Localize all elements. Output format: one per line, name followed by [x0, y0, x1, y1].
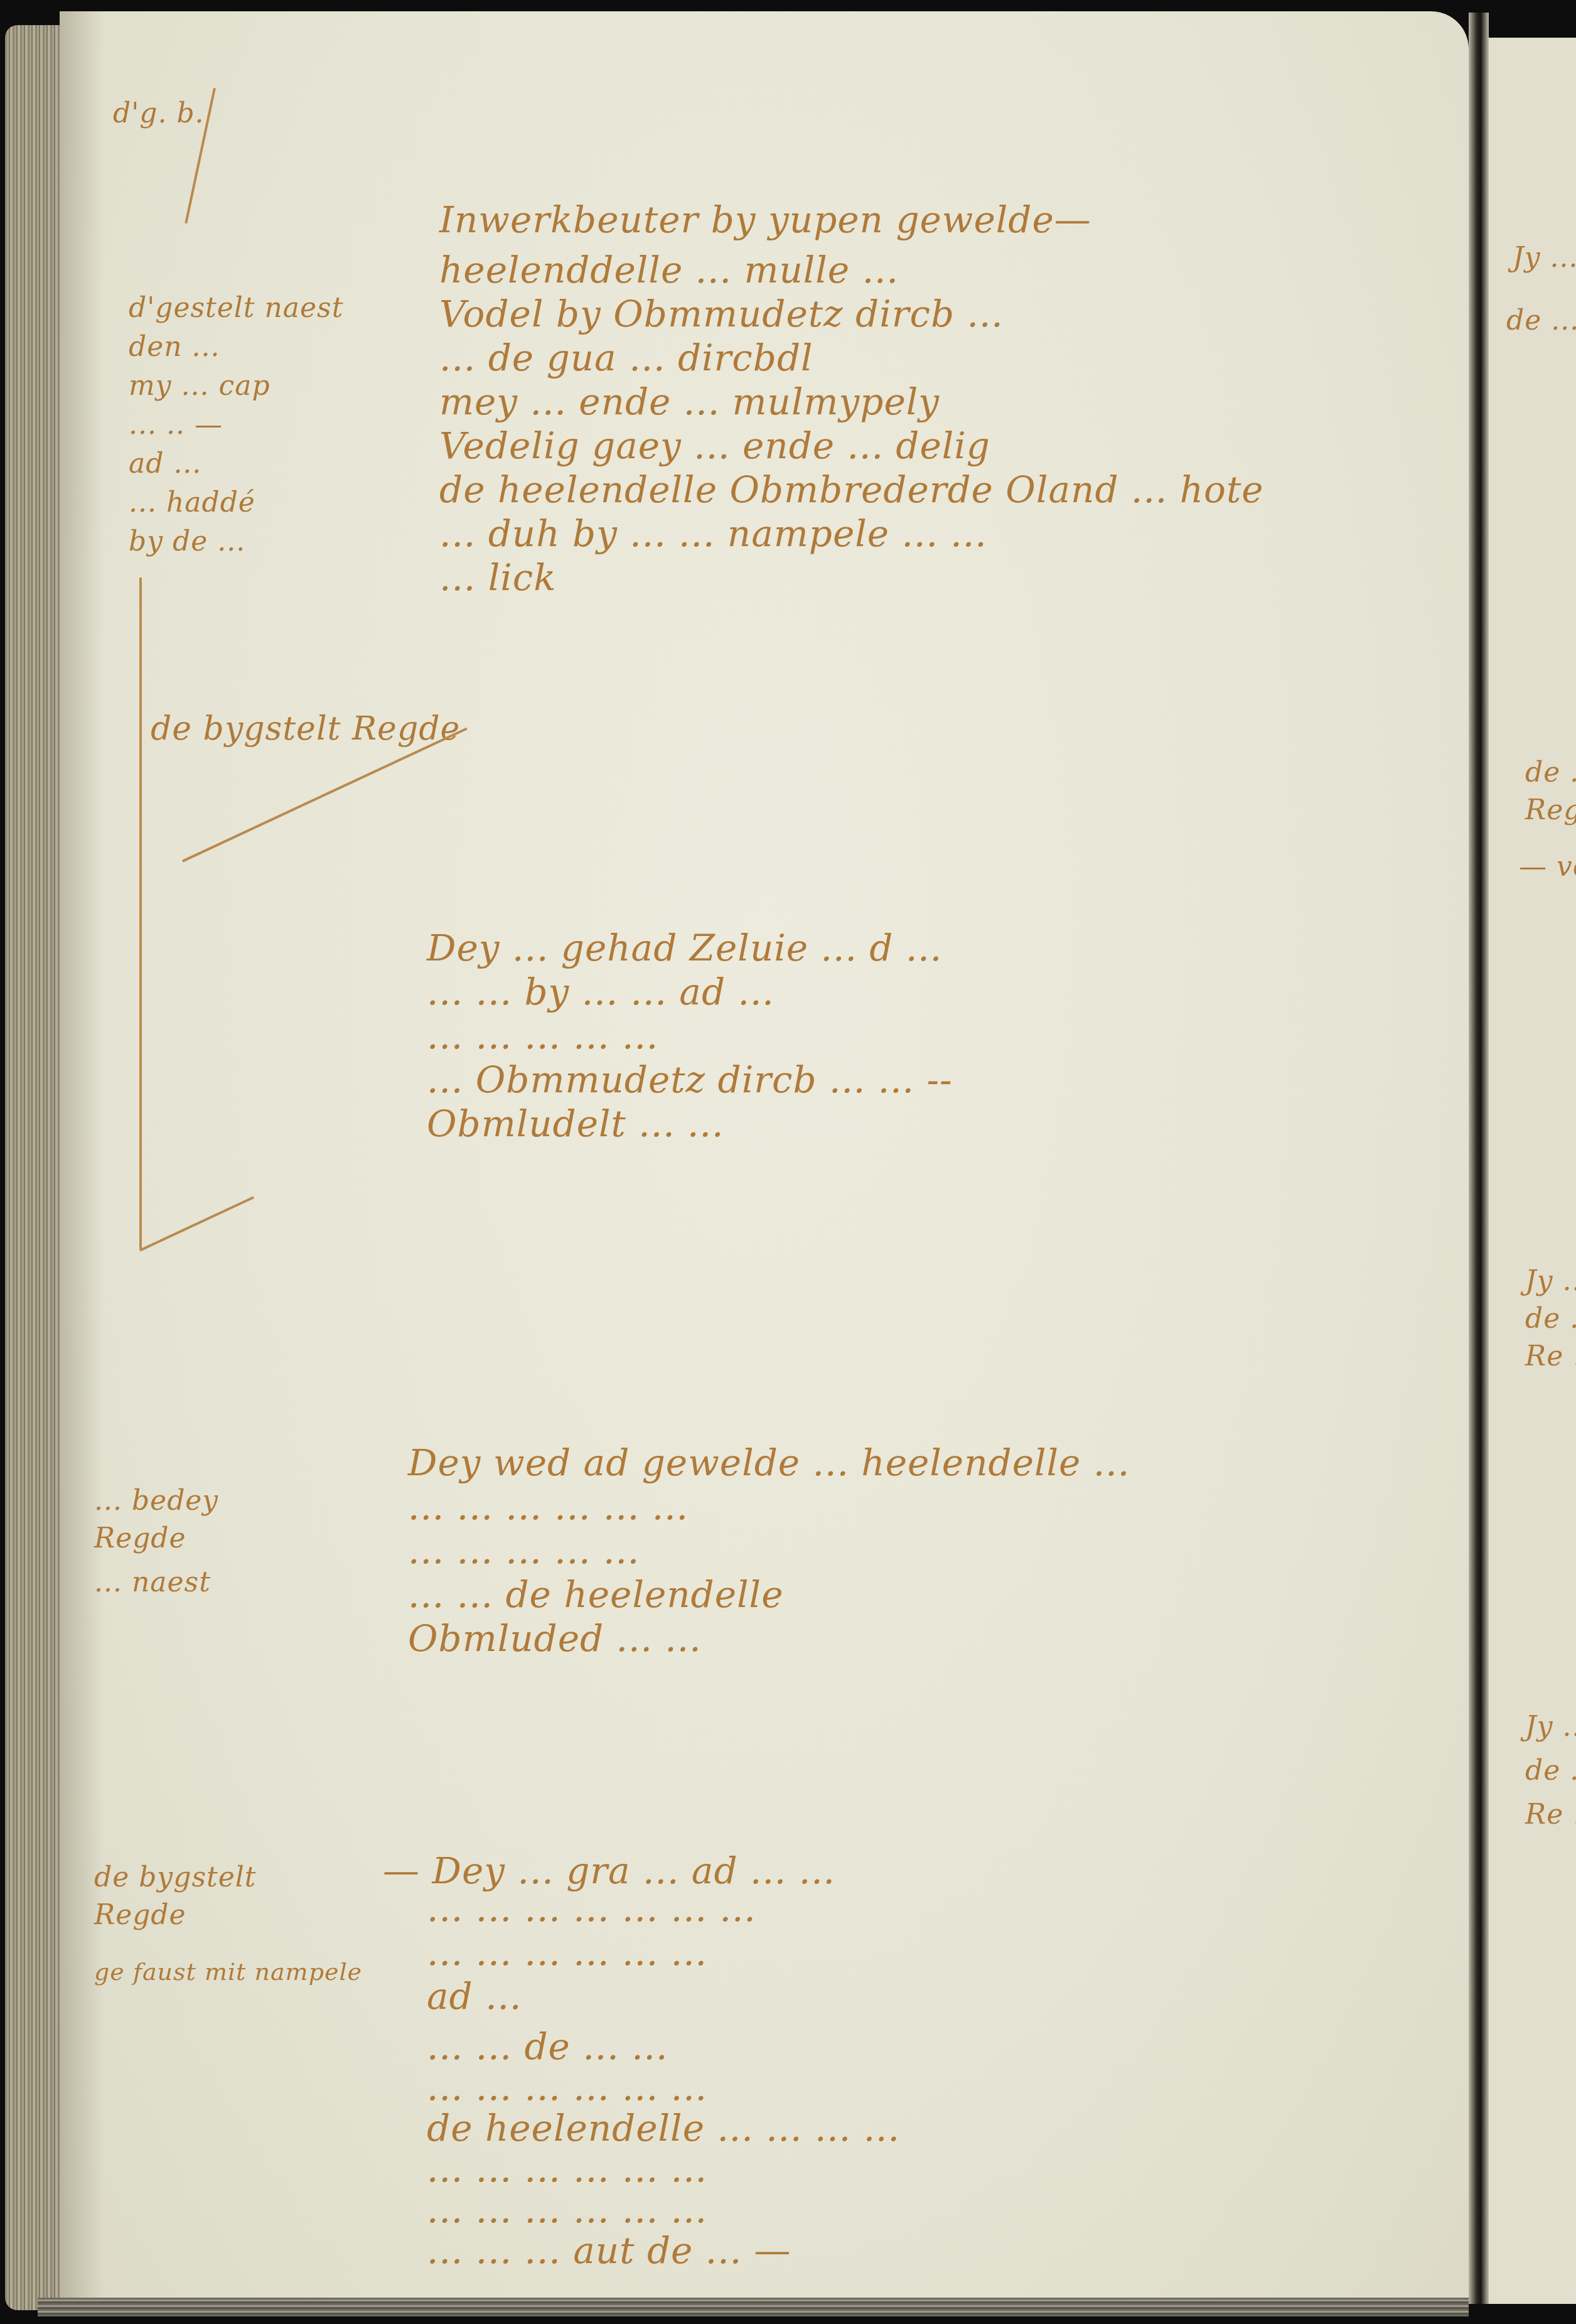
entry-line: ... de gua ... dircbdl: [439, 333, 813, 383]
entry-line: heelenddelle ... mulle ...: [439, 245, 899, 295]
entry-line: Obmludelt ... ...: [427, 1099, 724, 1149]
margin-note: my ... cap: [129, 367, 271, 406]
margin-note: by de ...: [129, 522, 245, 561]
entry-line: ad ...: [427, 1971, 522, 2021]
entry-line: ... duh by ... ... nampele ... ...: [439, 508, 987, 559]
book-gutter: [1469, 13, 1489, 2304]
entry-line: ... ... ... ... ...: [427, 1011, 658, 1061]
margin-bracket: [139, 578, 142, 1249]
margin-note: de bygstelt: [94, 1858, 256, 1897]
entry-line: mey ... ende ... mulmypely: [439, 377, 940, 427]
margin-note: d'gestelt naest: [129, 289, 343, 328]
facing-fragment: de ... Regde: [1506, 301, 1576, 340]
entry-line: ... Obmmudetz dircb ... ... --: [427, 1055, 953, 1105]
entry-line: ... ... ... aut de ... —: [427, 2225, 791, 2276]
margin-note: ge faust mit nampele: [94, 1952, 362, 1991]
entry-line: ... ... by ... ... ad ...: [427, 967, 775, 1017]
margin-note: de bygstelt Regde: [151, 709, 460, 748]
margin-note: ... bedey: [94, 1482, 218, 1520]
margin-note: ... .. —: [129, 406, 223, 444]
entry-line: ... lick: [439, 552, 556, 603]
facing-fragment: — ve ...: [1519, 847, 1576, 886]
entry-line: ... ... ... ... ... ... ...: [427, 1883, 756, 1934]
facing-page: [1489, 38, 1576, 2304]
margin-note: ad ...: [129, 444, 201, 483]
entry-line: ... ... ... ... ... ...: [427, 1927, 707, 1977]
margin-note: Regde: [94, 1896, 186, 1935]
facing-fragment: de ...: [1525, 1751, 1576, 1790]
entry-line: Vodel by Obmmudetz dircb ...: [439, 289, 1004, 339]
margin-note: den ...: [129, 328, 220, 367]
facing-fragment: de ...: [1525, 1299, 1576, 1338]
entry-line: ... ... ... ... ... ...: [408, 1482, 689, 1532]
entry-line: Dey wed ad gewelde ... heelendelle ...: [408, 1438, 1130, 1488]
facing-fragment: Reg ...: [1525, 791, 1576, 830]
header-note: d'g. b.: [113, 94, 205, 133]
book-bottom-edge: [38, 2298, 1469, 2316]
facing-fragment: Jy ...: [1513, 239, 1576, 277]
entry-line: Dey ... gehad Zeluie ... d ...: [427, 923, 942, 973]
entry-line: Obmluded ... ...: [408, 1613, 702, 1664]
entry-line: ... ... ... ... ...: [408, 1525, 640, 1576]
facing-fragment: Jy ...: [1525, 1708, 1576, 1746]
entry-line: Inwerkbeuter by yupen gewelde—: [439, 195, 1091, 245]
margin-note: ... naest: [94, 1563, 211, 1602]
facing-fragment: Re ...: [1525, 1795, 1576, 1834]
facing-fragment: de ...: [1525, 753, 1576, 792]
entry-line: ... ... de heelendelle: [408, 1569, 784, 1620]
entry-line: de heelendelle Obmbrederde Oland ... hot…: [439, 465, 1264, 515]
facing-fragment: Re ...: [1525, 1337, 1576, 1376]
margin-note: ... haddé: [129, 483, 255, 522]
facing-fragment: Jy ...: [1525, 1262, 1576, 1301]
entry-line: Vedelig gaey ... ende ... delig: [439, 421, 990, 471]
margin-note: Regde: [94, 1519, 186, 1558]
